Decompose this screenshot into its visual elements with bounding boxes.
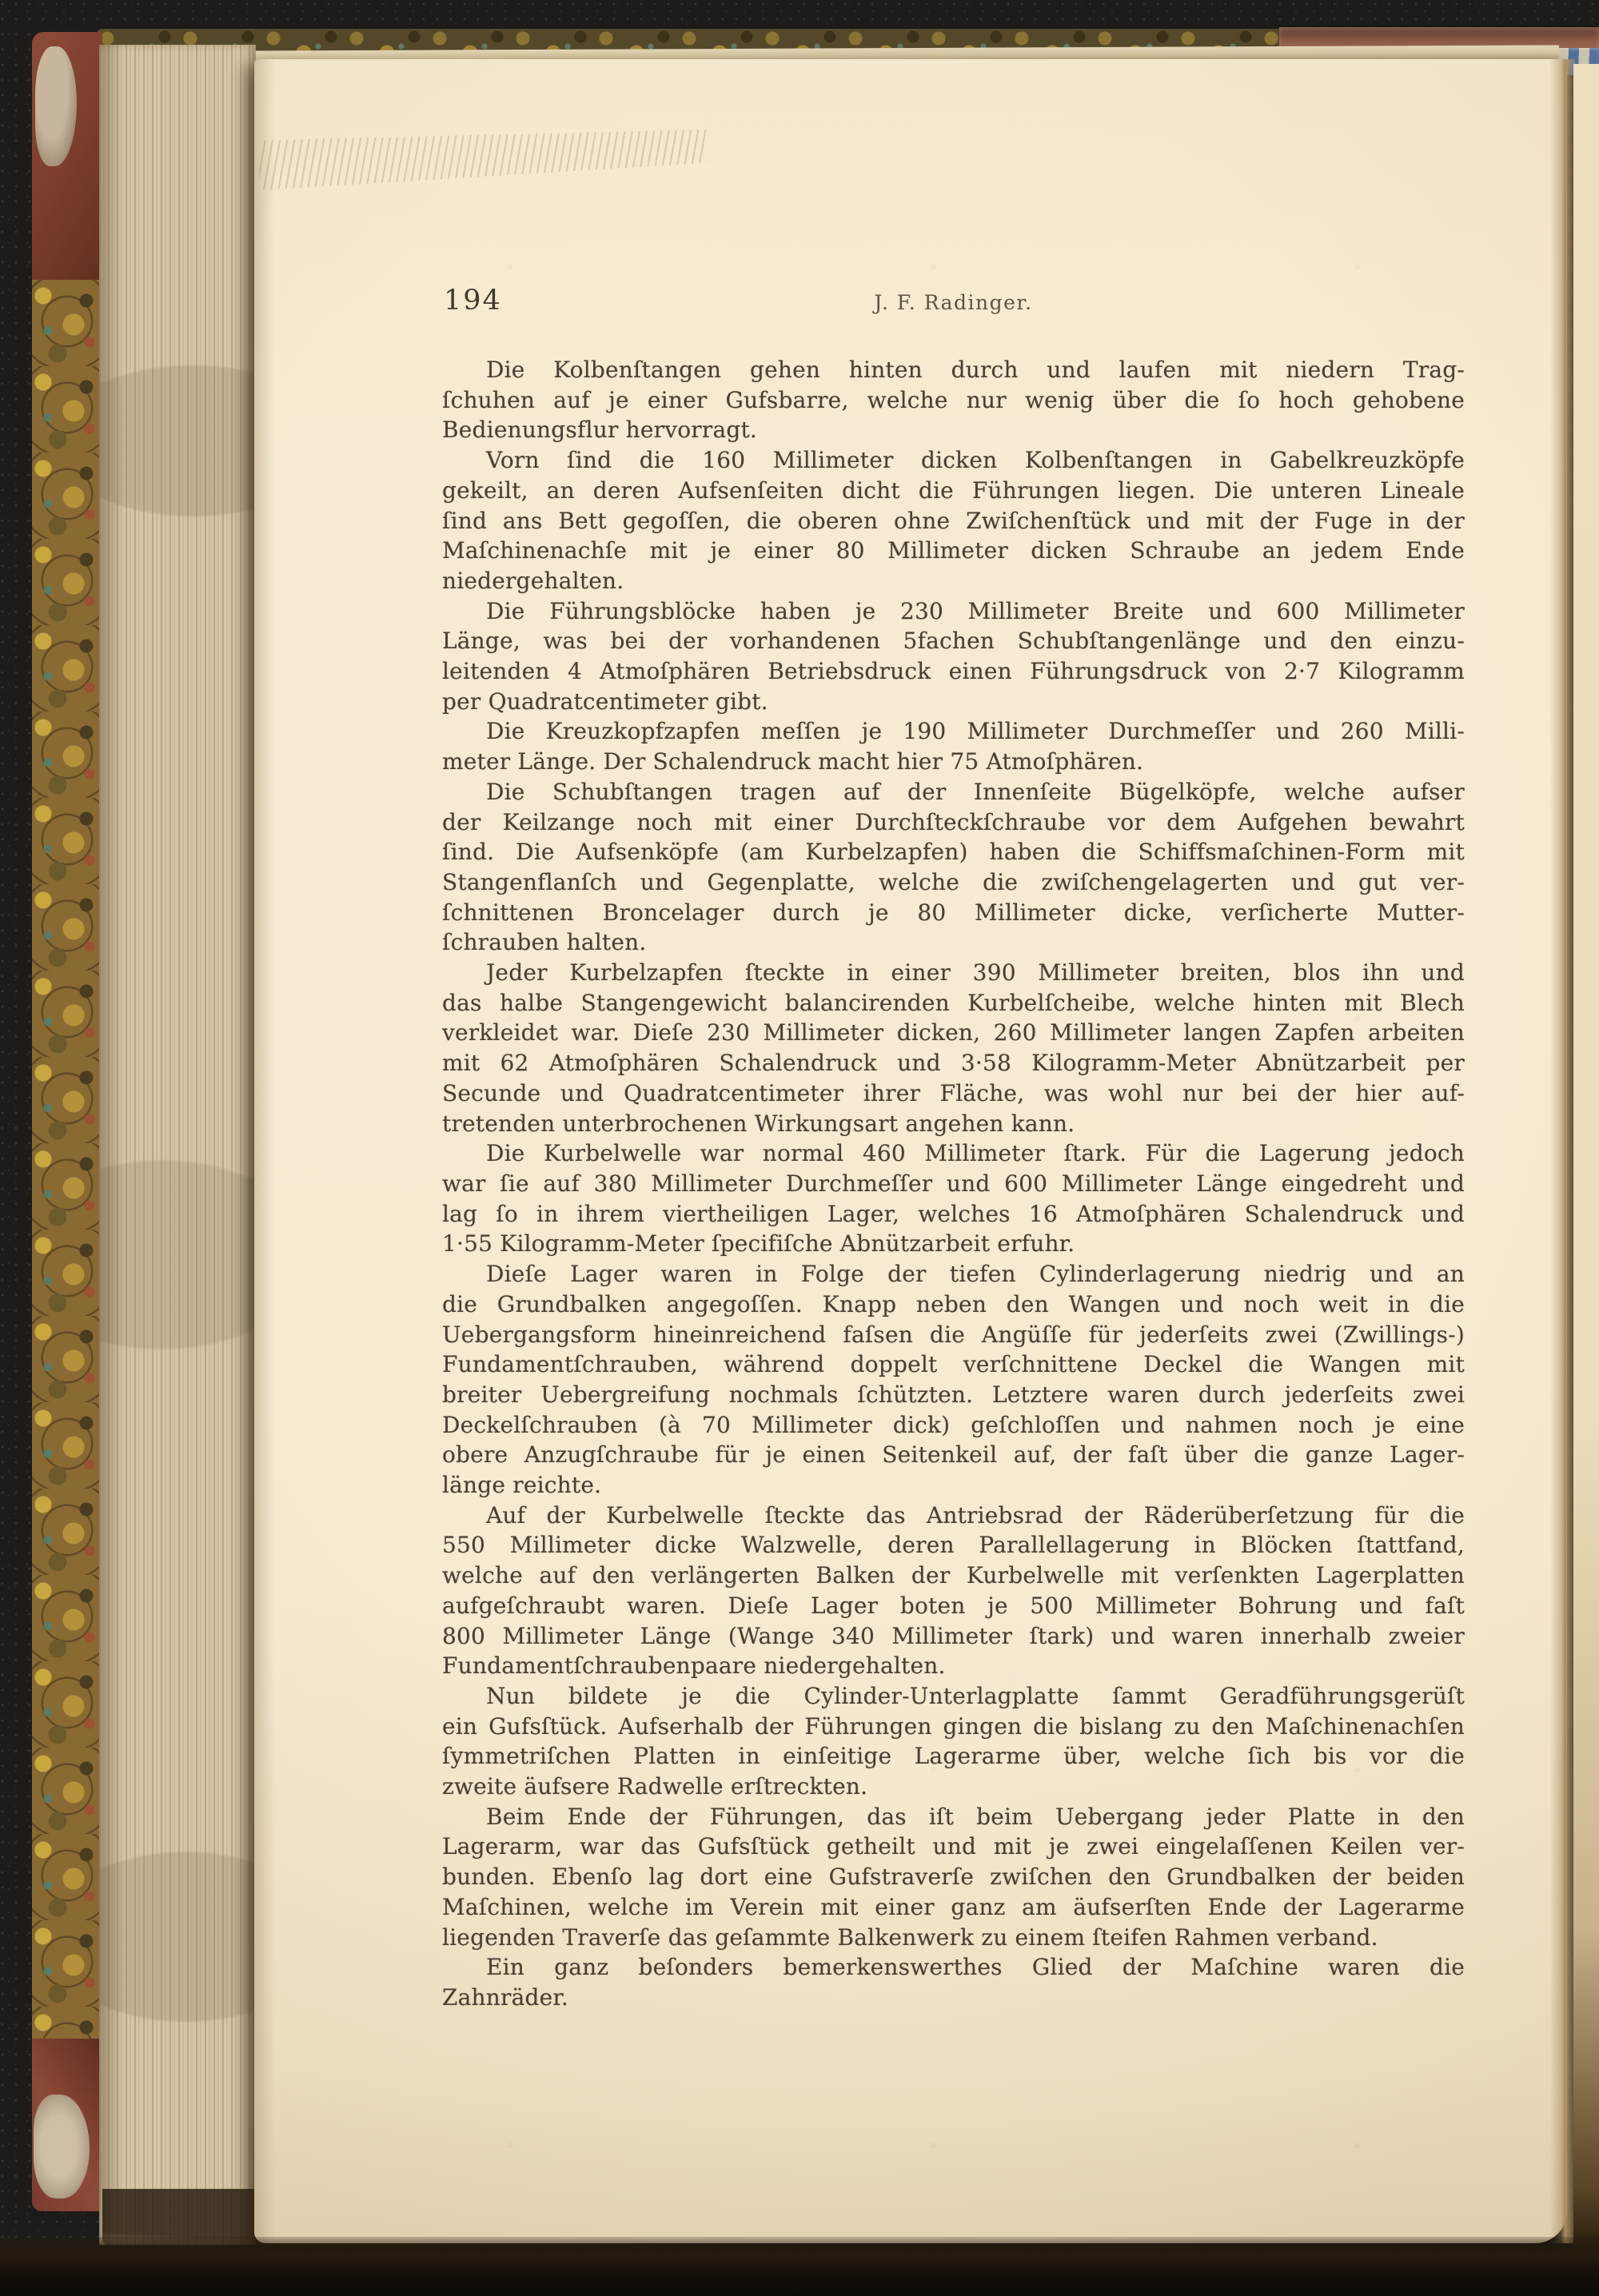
text-line: ſind. Die Aufsenköpfe (am Kurbelzapfen) … (442, 837, 1465, 867)
text-line: welche auf den verlängerten Balken der K… (442, 1561, 1465, 1591)
text-line: 800 Millimeter Länge (Wange 340 Millimet… (442, 1621, 1465, 1652)
text-line: ſchuhen auf je einer Gufsbarre, welche n… (442, 385, 1465, 416)
text-line: Fundamentſchrauben, während doppelt verſ… (442, 1349, 1465, 1380)
page-curl-shadow (254, 59, 275, 2243)
text-line: verkleidet war. Dieſe 230 Millimeter dic… (442, 1018, 1465, 1048)
text-line: ſind ans Bett gegoſſen, die oberen ohne … (442, 506, 1465, 536)
text-line: Die Schubſtangen tragen auf der Innenſei… (442, 777, 1465, 807)
text-line: obere Anzugſchraube für je einen Seitenk… (442, 1440, 1465, 1470)
facing-page-sliver (1573, 64, 1599, 2254)
text-line: ein Gufsſtück. Aufserhalb der Führungen … (442, 1712, 1465, 1742)
text-line: per Quadratcentimeter gibt. (442, 687, 1465, 717)
book-page: 194 J. F. Radinger. Die Kolbenſtangen ge… (254, 59, 1567, 2243)
text-line: Maſchinen, welche im Verein mit einer ga… (442, 1892, 1465, 1923)
text-line: der Keilzange noch mit einer Durchſteckſ… (442, 807, 1465, 838)
page-stack-fore-edge (99, 45, 256, 2245)
text-line: Die Kolbenſtangen gehen hinten durch und… (442, 355, 1465, 385)
text-line: ſymmetriſchen Platten in einſeitige Lage… (442, 1741, 1465, 1772)
text-line: war ſie auf 380 Millimeter Durchmeſſer u… (442, 1169, 1465, 1199)
book-left-board-edge (32, 32, 102, 2211)
text-line: Auf der Kurbelwelle ſteckte das Antriebs… (442, 1501, 1465, 1531)
text-line: lag ſo in ihrem viertheiligen Lager, wel… (442, 1199, 1465, 1230)
text-line: Jeder Kurbelzapfen ſteckte in einer 390 … (442, 958, 1465, 988)
scanned-book-photo: 194 J. F. Radinger. Die Kolbenſtangen ge… (0, 0, 1599, 2296)
text-line: Uebergangsform hineinreichend faſsen die… (442, 1320, 1465, 1350)
text-line: gekeilt, an deren Aufsenſeiten dicht die… (442, 476, 1465, 506)
body-text: Die Kolbenſtangen gehen hinten durch und… (442, 355, 1465, 2013)
text-line: aufgeſchraubt waren. Dieſe Lager boten j… (442, 1591, 1465, 1621)
text-line: ſchrauben halten. (442, 927, 1465, 958)
text-line: Secunde und Quadratcentimeter ihrer Fläc… (442, 1078, 1465, 1109)
text-line: Stangenflanſch und Gegenplatte, welche d… (442, 867, 1465, 898)
text-line: Vorn ſind die 160 Millimeter dicken Kolb… (442, 445, 1465, 476)
page-header: 194 J. F. Radinger. (442, 285, 1465, 320)
fanned-leaf-edges (259, 130, 707, 190)
text-line: Zahnräder. (442, 1983, 1465, 2013)
text-line: Beim Ende der Führungen, das iſt beim Ue… (442, 1802, 1465, 1832)
gutter-shadow (1549, 59, 1575, 2243)
text-line: Fundamentſchraubenpaare niedergehalten. (442, 1651, 1465, 1681)
text-line: Lagerarm, war das Gufsſtück getheilt und… (442, 1832, 1465, 1862)
text-line: Maſchinenachſe mit je einer 80 Millimete… (442, 536, 1465, 566)
worn-patch-bottom (34, 2095, 90, 2198)
text-line: Dieſe Lager waren in Folge der tiefen Cy… (442, 1259, 1465, 1290)
text-line: leitenden 4 Atmoſphären Betriebsdruck ei… (442, 656, 1465, 687)
text-line: ſchnittenen Broncelager durch je 80 Mill… (442, 898, 1465, 928)
text-line: breiter Uebergreifung nochmals ſchützten… (442, 1380, 1465, 1410)
marbled-board-edge (32, 280, 102, 2039)
text-line: Bedienungsflur hervorragt. (442, 415, 1465, 445)
text-line: bunden. Ebenſo lag dort eine Gufstraverſ… (442, 1862, 1465, 1892)
bottom-edge-shadow (0, 2237, 1599, 2296)
text-line: Ein ganz beſonders bemerkenswerthes Glie… (442, 1952, 1465, 1983)
text-line: die Grundbalken angegoſſen. Knapp neben … (442, 1290, 1465, 1320)
text-line: Nun bildete je die Cylinder-Unterlagplat… (442, 1681, 1465, 1712)
text-line: zweite äufsere Radwelle erſtreckten. (442, 1772, 1465, 1802)
text-line: das halbe Stangengewicht balancirenden K… (442, 988, 1465, 1018)
text-line: meter Länge. Der Schalendruck macht hier… (442, 747, 1465, 777)
text-line: Länge, was bei der vorhandenen 5fachen S… (442, 626, 1465, 656)
text-line: länge reichte. (442, 1470, 1465, 1501)
text-line: Die Kurbelwelle war normal 460 Millimete… (442, 1138, 1465, 1169)
text-line: mit 62 Atmoſphären Schalendruck und 3·58… (442, 1048, 1465, 1078)
text-line: liegenden Traverſe das geſammte Balkenwe… (442, 1923, 1465, 1953)
text-line: 550 Millimeter dicke Walzwelle, deren Pa… (442, 1530, 1465, 1561)
text-line: Deckelſchrauben (à 70 Millimeter dick) g… (442, 1410, 1465, 1441)
text-line: niedergehalten. (442, 566, 1465, 596)
text-line: Die Führungsblöcke haben je 230 Millimet… (442, 596, 1465, 627)
text-line: Die Kreuzkopfzapfen meſſen je 190 Millim… (442, 716, 1465, 747)
text-line: tretenden unterbrochenen Wirkungsart ang… (442, 1109, 1465, 1139)
text-line: 1·55 Kilogramm-Meter ſpecifiſche Abnütza… (442, 1229, 1465, 1259)
running-header: J. F. Radinger. (442, 291, 1465, 314)
